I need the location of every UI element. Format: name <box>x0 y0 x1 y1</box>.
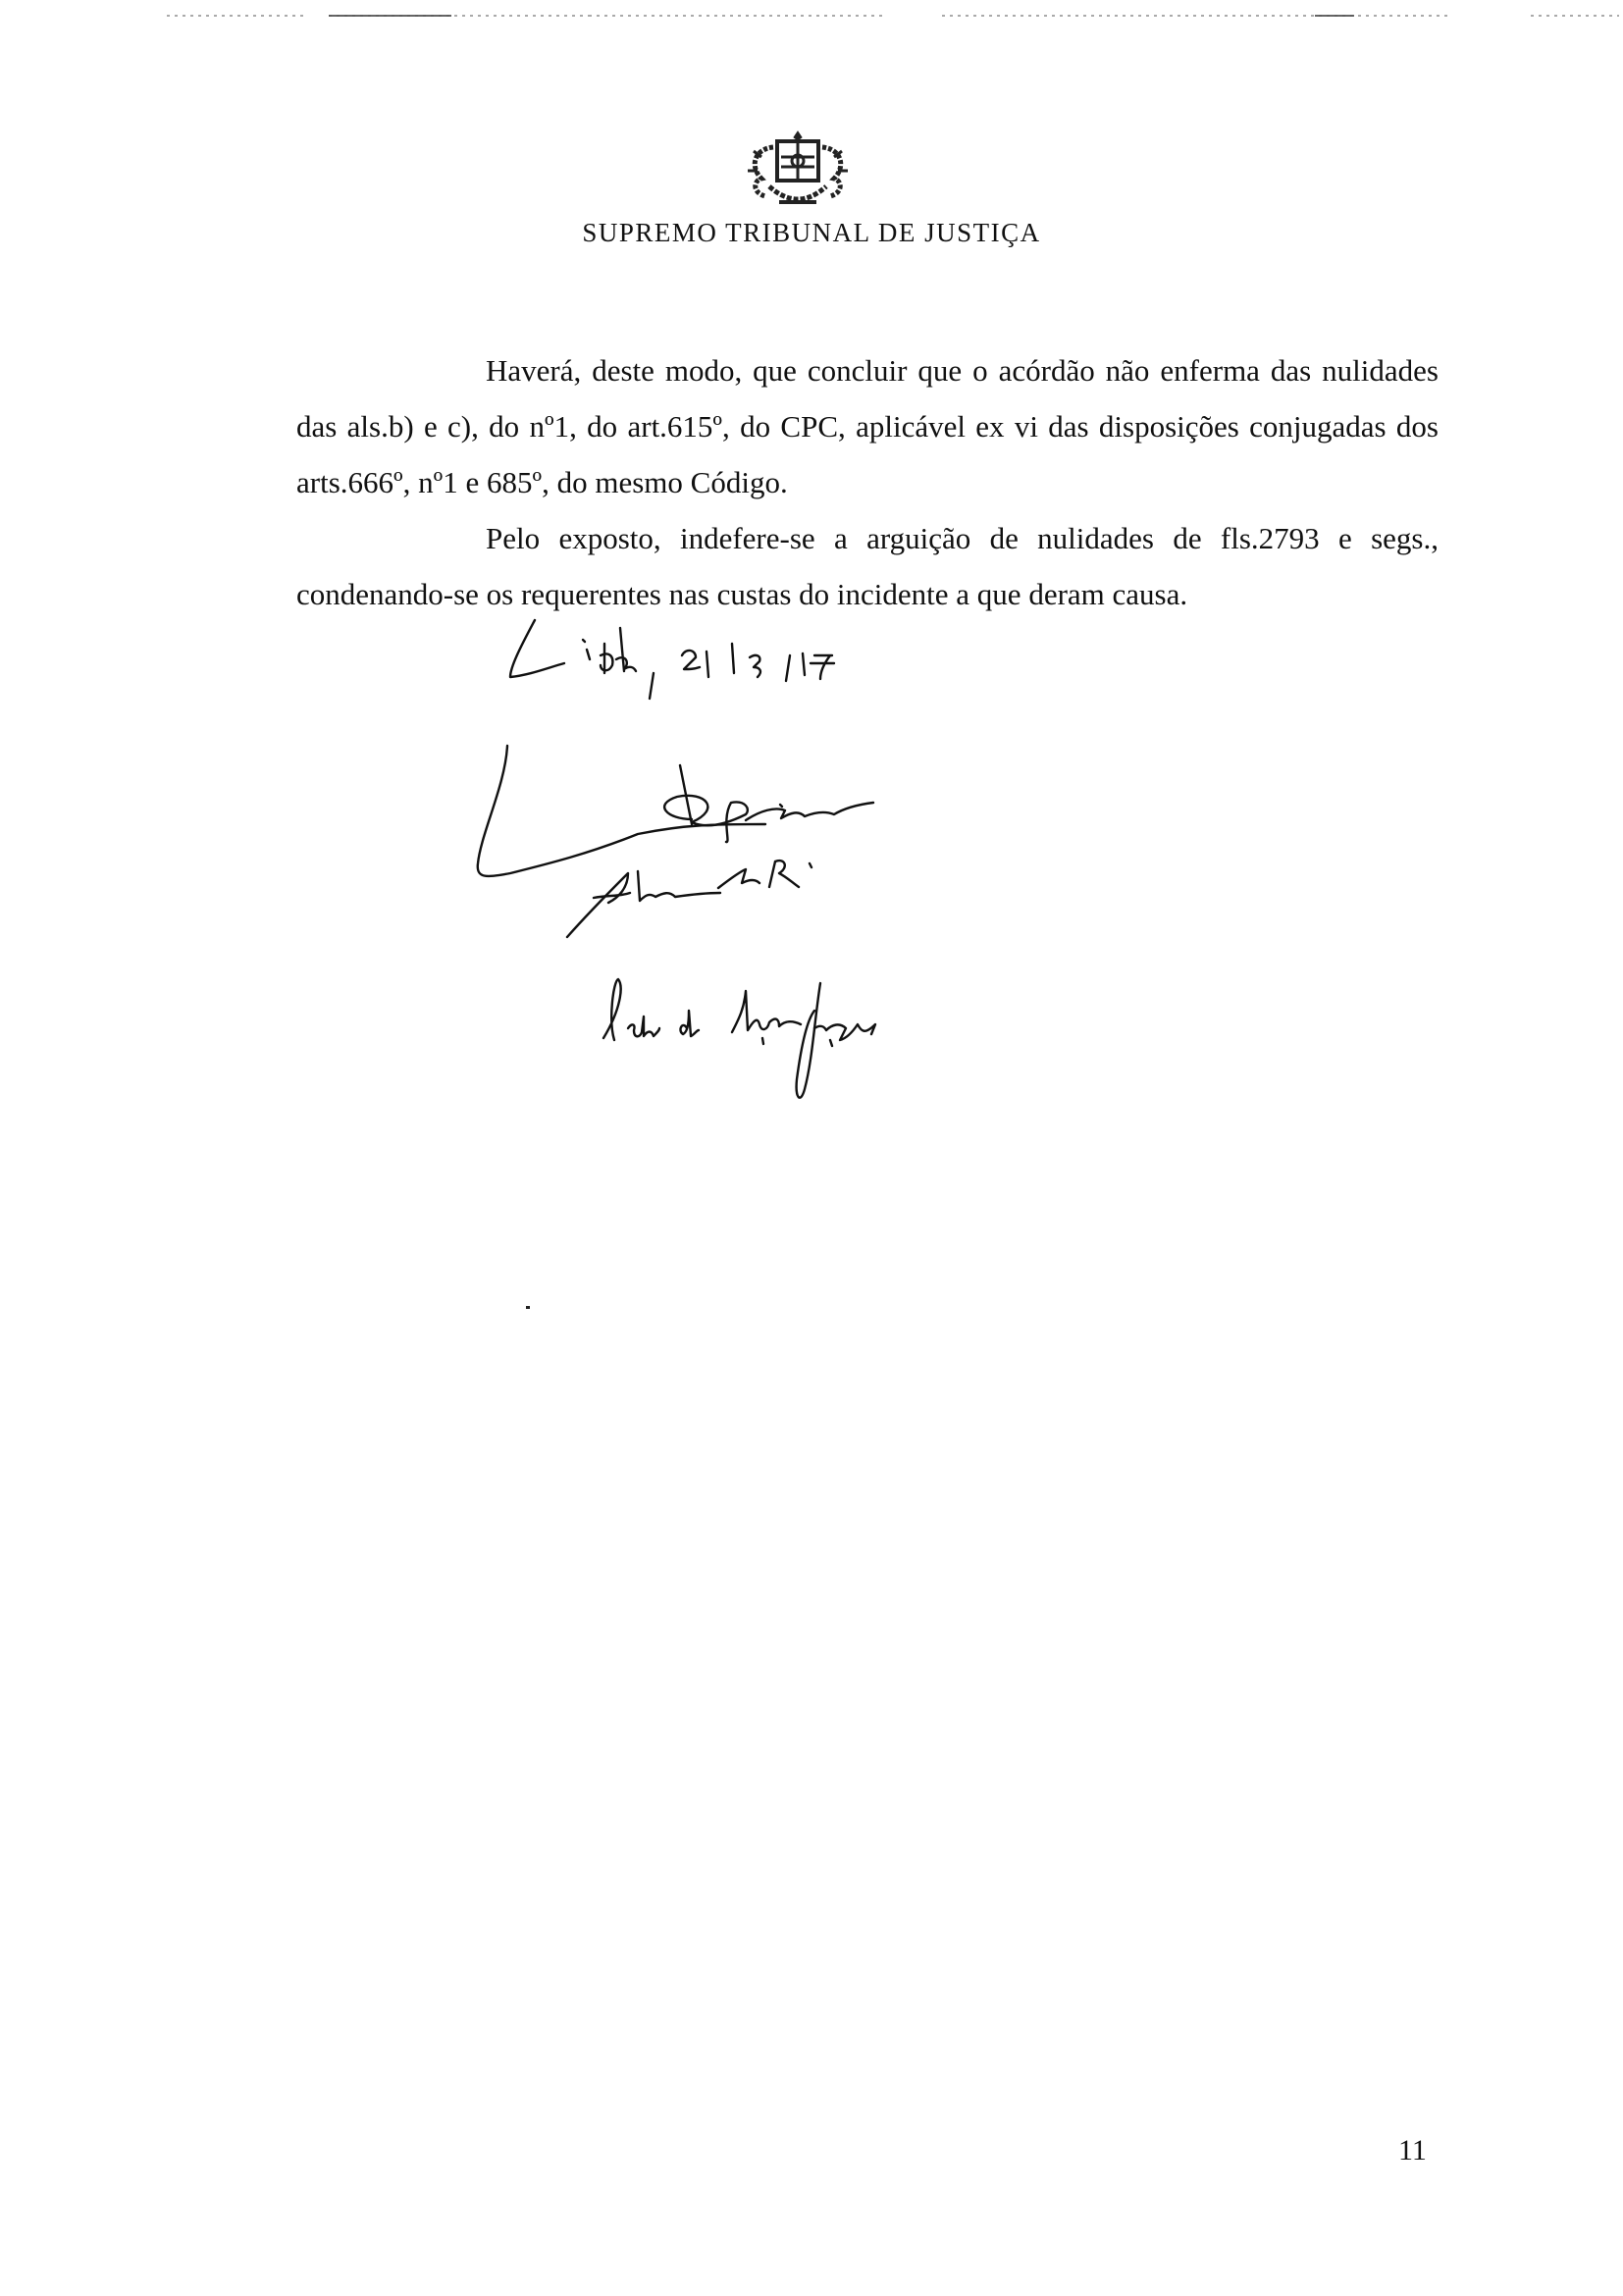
paragraph-decision-text: Pelo exposto, indefere-se a arguição de … <box>296 521 1439 611</box>
signature-1 <box>478 746 873 876</box>
coat-of-arms-icon <box>744 128 852 212</box>
paragraph-conclusion: Haverá, deste modo, que concluir que o a… <box>296 342 1439 510</box>
signature-alexandre-reis <box>567 861 811 937</box>
handwritten-place-date <box>510 620 834 699</box>
page-number: 11 <box>1398 2134 1427 2167</box>
paragraph-decision: Pelo exposto, indefere-se a arguição de … <box>296 510 1439 622</box>
scan-speck <box>526 1306 530 1309</box>
signature-pedro-de-lima-goncalves <box>603 979 875 1098</box>
court-name: SUPREMO TRIBUNAL DE JUSTIÇA <box>0 218 1623 248</box>
scan-artifact-line <box>0 10 1623 22</box>
paragraph-conclusion-text: Haverá, deste modo, que concluir que o a… <box>296 353 1439 499</box>
